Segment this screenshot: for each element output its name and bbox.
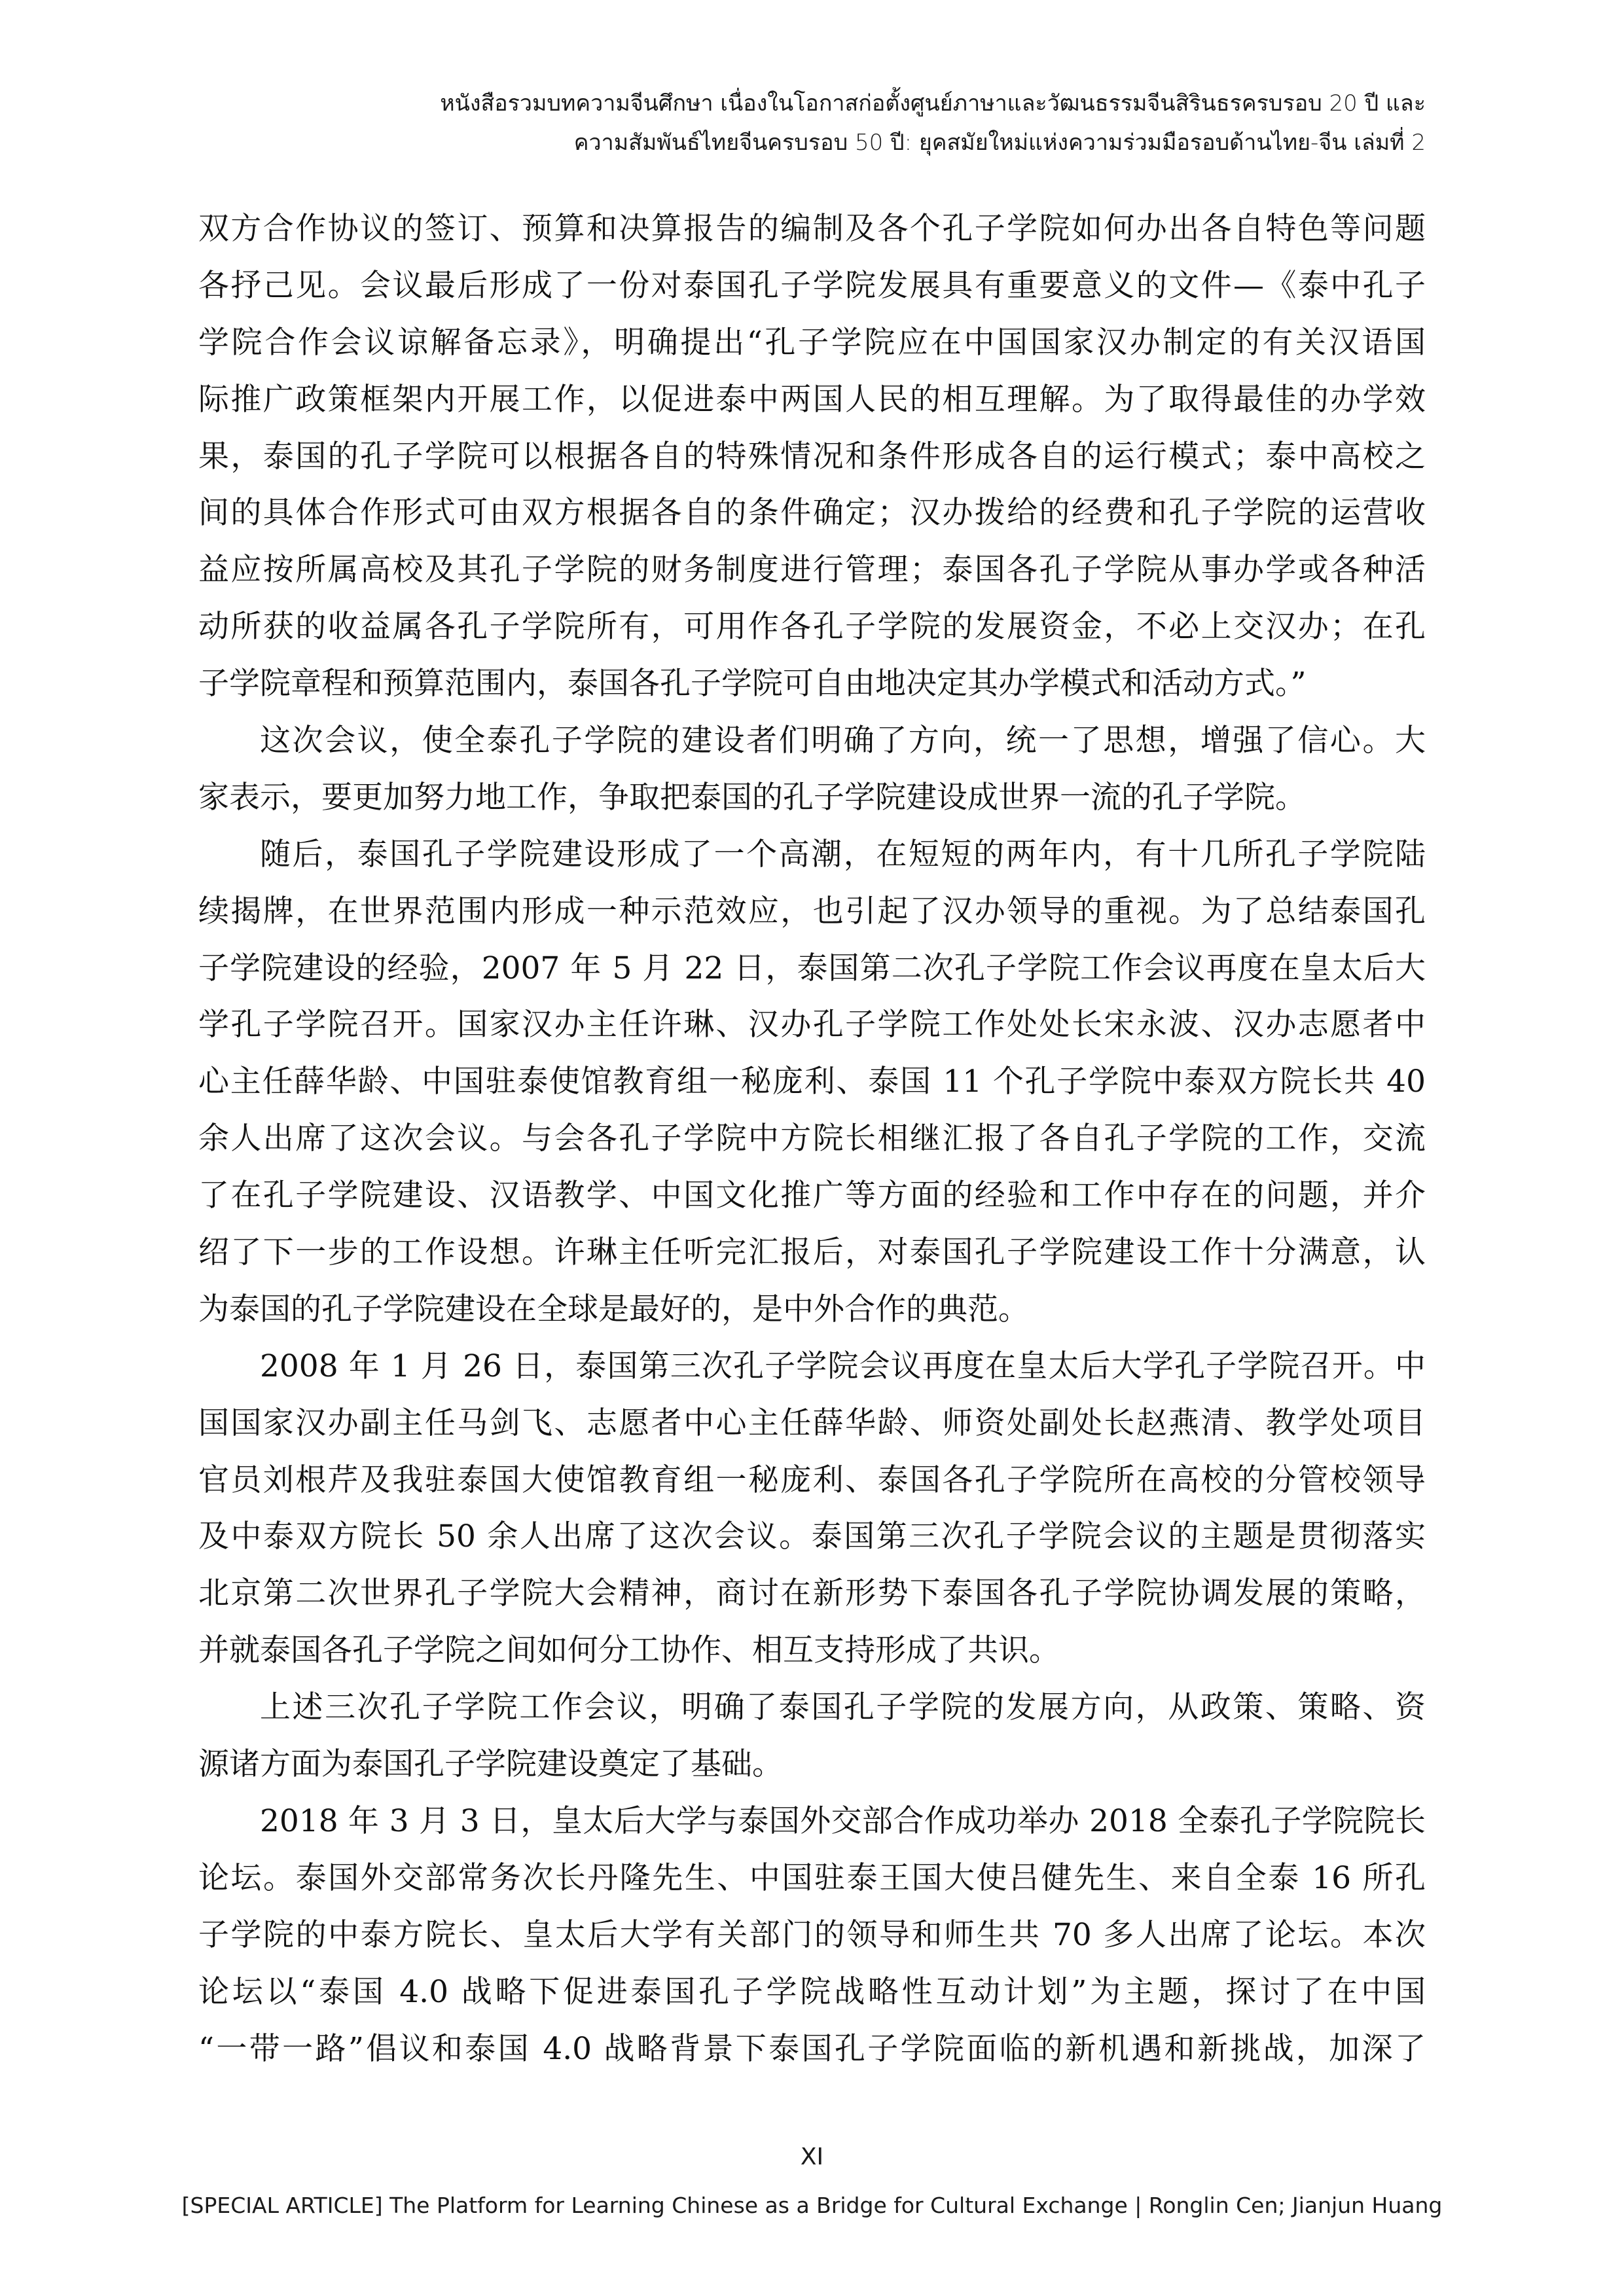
paragraph-start-line: 上述三次孔子学院工作会议，明确了泰国孔子学院的发展方向，从政策、策略、资	[198, 1689, 1426, 1746]
body-line: 间的具体合作形式可由双方根据各自的条件确定；汉办拨给的经费和孔子学院的运营收	[198, 495, 1426, 552]
body-line: 果，泰国的孔子学院可以根据各自的特殊情况和条件形成各自的运行模式；泰中高校之	[198, 439, 1426, 495]
body-line: 并就泰国各孔子学院之间如何分工协作、相互支持形成了共识。	[198, 1632, 1426, 1689]
body-line: 及中泰双方院长 50 余人出席了这次会议。泰国第三次孔子学院会议的主题是贯彻落实	[198, 1518, 1426, 1575]
body-line: 源诸方面为泰国孔子学院建设奠定了基础。	[198, 1746, 1426, 1803]
body-line: 家表示，要更加努力地工作，争取把泰国的孔子学院建设成世界一流的孔子学院。	[198, 780, 1426, 836]
body-line: 国国家汉办副主任马剑飞、志愿者中心主任薛华龄、师资处副处长赵燕清、教学处项目	[198, 1405, 1426, 1462]
body-line: 余人出席了这次会议。与会各孔子学院中方院长相继汇报了各自孔子学院的工作，交流	[198, 1121, 1426, 1177]
body-line: 动所获的收益属各孔子学院所有，可用作各孔子学院的发展资金，不必上交汉办；在孔	[198, 609, 1426, 666]
article-body: 双方合作协议的签订、预算和决算报告的编制及各个孔子学院如何办出各自特色等问题 各…	[198, 211, 1426, 2087]
body-line: 学孔子学院召开。国家汉办主任许琳、汉办孔子学院工作处处长宋永波、汉办志愿者中	[198, 1007, 1426, 1064]
running-footer: [SPECIAL ARTICLE] The Platform for Learn…	[0, 2193, 1624, 2218]
running-header-line-2: ความสัมพันธ์ไทยจีนครบรอบ 50 ปี: ยุคสมัยใ…	[182, 123, 1426, 162]
body-line: 子学院的中泰方院长、皇太后大学有关部门的领导和师生共 70 多人出席了论坛。本次	[198, 1917, 1426, 1974]
paragraph-start-line: 2018 年 3 月 3 日，皇太后大学与泰国外交部合作成功举办 2018 全泰…	[198, 1803, 1426, 1860]
body-line: 续揭牌，在世界范围内形成一种示范效应，也引起了汉办领导的重视。为了总结泰国孔	[198, 893, 1426, 950]
body-line: 双方合作协议的签订、预算和决算报告的编制及各个孔子学院如何办出各自特色等问题	[198, 211, 1426, 268]
body-line: 北京第二次世界孔子学院大会精神，商讨在新形势下泰国各孔子学院协调发展的策略，	[198, 1575, 1426, 1632]
document-page: หนังสือรวมบทความจีนศึกษา เนื่องในโอกาสก่…	[0, 0, 1624, 2296]
running-header: หนังสือรวมบทความจีนศึกษา เนื่องในโอกาสก่…	[182, 84, 1426, 162]
body-line: 为泰国的孔子学院建设在全球是最好的，是中外合作的典范。	[198, 1291, 1426, 1348]
body-line: “一带一路”倡议和泰国 4.0 战略背景下泰国孔子学院面临的新机遇和新挑战，加深…	[198, 2031, 1426, 2088]
body-line: 各抒己见。会议最后形成了一份对泰国孔子学院发展具有重要意义的文件—《泰中孔子	[198, 268, 1426, 325]
body-line: 益应按所属高校及其孔子学院的财务制度进行管理；泰国各孔子学院从事办学或各种活	[198, 552, 1426, 609]
body-line: 了在孔子学院建设、汉语教学、中国文化推广等方面的经验和工作中存在的问题，并介	[198, 1177, 1426, 1234]
body-line: 心主任薛华龄、中国驻泰使馆教育组一秘庞利、泰国 11 个孔子学院中泰双方院长共 …	[198, 1064, 1426, 1121]
page-number: XI	[0, 2144, 1624, 2170]
paragraph-start-line: 这次会议，使全泰孔子学院的建设者们明确了方向，统一了思想，增强了信心。大	[198, 723, 1426, 780]
body-line: 论坛以“泰国 4.0 战略下促进泰国孔子学院战略性互动计划”为主题，探讨了在中国	[198, 1974, 1426, 2031]
body-line: 际推广政策框架内开展工作，以促进泰中两国人民的相互理解。为了取得最佳的办学效	[198, 382, 1426, 439]
body-line: 子学院章程和预算范围内，泰国各孔子学院可自由地决定其办学模式和活动方式。”	[198, 666, 1426, 723]
body-line: 论坛。泰国外交部常务次长丹隆先生、中国驻泰王国大使吕健先生、来自全泰 16 所孔	[198, 1860, 1426, 1917]
body-line: 绍了下一步的工作设想。许琳主任听完汇报后，对泰国孔子学院建设工作十分满意，认	[198, 1234, 1426, 1291]
body-line: 学院合作会议谅解备忘录》，明确提出“孔子学院应在中国国家汉办制定的有关汉语国	[198, 325, 1426, 382]
body-line: 子学院建设的经验，2007 年 5 月 22 日，泰国第二次孔子学院工作会议再度…	[198, 950, 1426, 1007]
body-line: 官员刘根芹及我驻泰国大使馆教育组一秘庞利、泰国各孔子学院所在高校的分管校领导	[198, 1462, 1426, 1519]
running-header-line-1: หนังสือรวมบทความจีนศึกษา เนื่องในโอกาสก่…	[182, 84, 1426, 123]
paragraph-start-line: 随后，泰国孔子学院建设形成了一个高潮，在短短的两年内，有十几所孔子学院陆	[198, 836, 1426, 893]
paragraph-start-line: 2008 年 1 月 26 日，泰国第三次孔子学院会议再度在皇太后大学孔子学院召…	[198, 1348, 1426, 1405]
